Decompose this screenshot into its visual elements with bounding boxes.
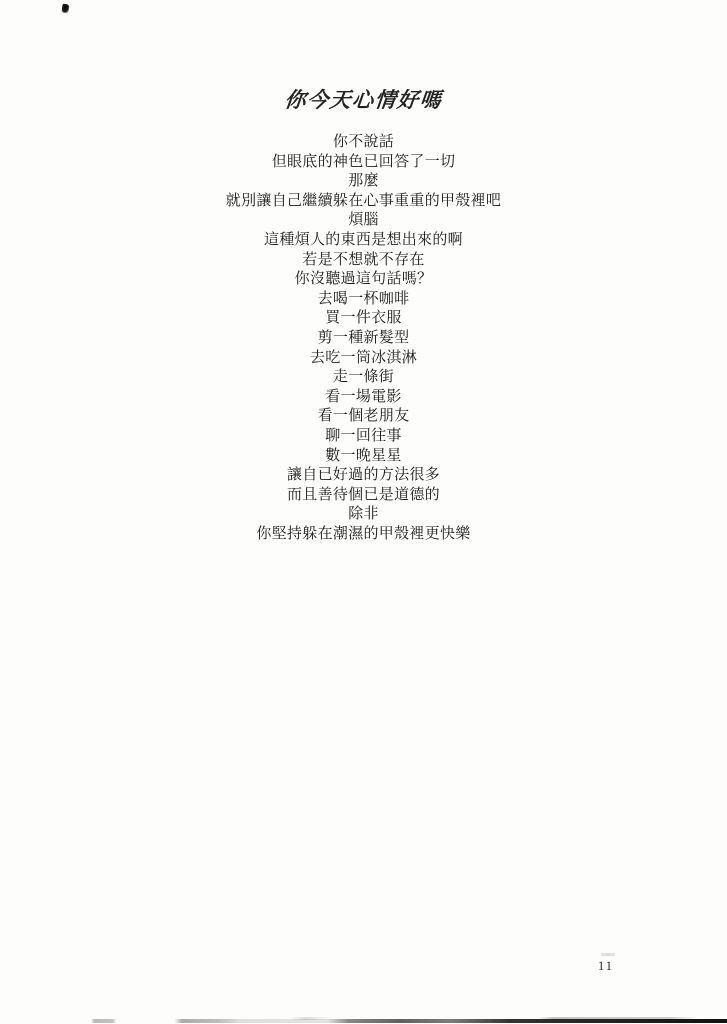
scan-edge-artifact: [0, 1019, 727, 1023]
poem-line: 去吃一筒冰淇淋: [0, 349, 727, 369]
poem-line: 但眼底的神色已回答了一切: [0, 153, 727, 173]
poem-line: 你不說話: [0, 133, 727, 153]
poem-line: 買一件衣服: [0, 309, 727, 329]
page-number: 11: [598, 959, 614, 974]
poem-line: 那麼: [0, 172, 727, 192]
poem-line: 數一晚星星: [0, 447, 727, 467]
poem-line: 這種煩人的東西是想出來的啊: [0, 231, 727, 251]
poem-title: 你今天心情好嗎: [0, 84, 727, 114]
poem-body: 你不說話 但眼底的神色已回答了一切 那麼 就別讓自己繼續躲在心事重重的甲殼裡吧 …: [0, 133, 727, 544]
poem-line: 若是不想就不存在: [0, 251, 727, 271]
poem-line: 走一條街: [0, 368, 727, 388]
poem-line: 就別讓自己繼續躲在心事重重的甲殼裡吧: [0, 192, 727, 212]
scanned-page: 你今天心情好嗎 你不說話 但眼底的神色已回答了一切 那麼 就別讓自己繼續躲在心事…: [0, 0, 727, 1024]
scan-smudge: [601, 953, 615, 956]
poem-line: 讓自已好過的方法很多: [0, 466, 727, 486]
poem-line: 你堅持躲在潮濕的甲殼裡更快樂: [0, 525, 727, 545]
poem-line: 除非: [0, 505, 727, 525]
poem-line: 去喝一杯咖啡: [0, 290, 727, 310]
poem-line: 看一場電影: [0, 388, 727, 408]
poem-line: 而且善待個已是道德的: [0, 486, 727, 506]
ink-speck: [61, 4, 69, 14]
poem-line: 看一個老朋友: [0, 407, 727, 427]
poem-line: 煩腦: [0, 211, 727, 231]
poem-line: 你沒聽過這句話嗎？: [0, 270, 727, 290]
poem-line: 剪一種新髮型: [0, 329, 727, 349]
poem-line: 聊一回往事: [0, 427, 727, 447]
